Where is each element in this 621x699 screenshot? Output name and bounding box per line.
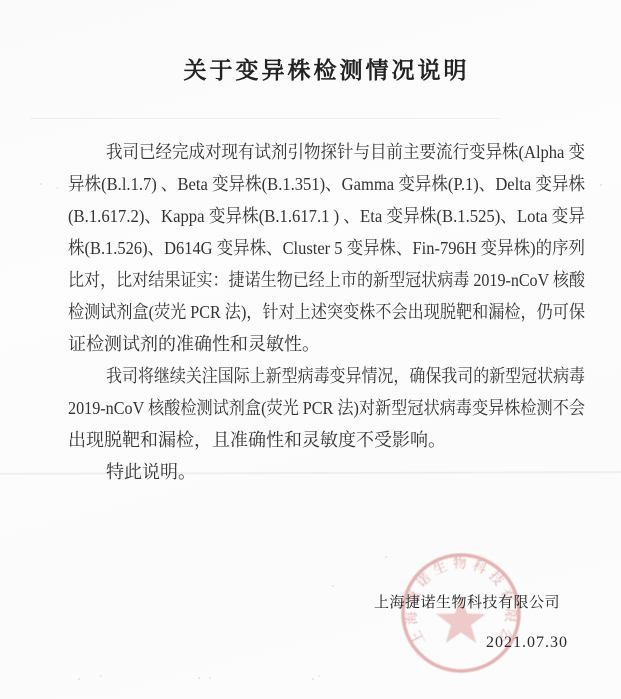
body-line: 异株(B.l.1.7) 、Beta 变异株(B.1.351)、Gamma 变异株…: [68, 168, 585, 200]
company-seal-stamp: 上海捷诺生物科技有限公司: [391, 543, 531, 683]
document-body: 我司已经完成对现有试剂引物探针与目前主要流行变异株(Alpha 变 异株(B.l…: [68, 136, 585, 488]
body-line: 检测试剂盒(荧光 PCR 法)，针对上述突变株不会出现脱靶和漏检，仍可保: [68, 296, 585, 328]
scan-artifact-line: [30, 118, 500, 119]
scanned-document-page: 关于变异株检测情况说明 我司已经完成对现有试剂引物探针与目前主要流行变异株(Al…: [0, 0, 621, 699]
body-line: 证检测试剂的准确性和灵敏性。: [68, 328, 585, 360]
body-line: 株(B.1.526)、D614G 变异株、Cluster 5 变异株、Fin-7…: [68, 232, 585, 264]
scan-noise-specks: [0, 0, 2, 2]
body-line: 我司将继续关注国际上新型病毒变异情况，确保我司的新型冠状病毒: [68, 360, 585, 392]
body-line: 2019-nCoV 核酸检测试剂盒(荧光 PCR 法)对新型冠状病毒变异株检测不…: [68, 392, 585, 424]
signature-company-name: 上海捷诺生物科技有限公司: [374, 591, 560, 612]
body-line-closing: 特此说明。: [68, 456, 585, 488]
body-line: 比对，比对结果证实：捷诺生物已经上市的新型冠状病毒 2019-nCoV 核酸: [68, 264, 585, 296]
body-line: (B.1.617.2)、Kappa 变异株(B.1.617.1 ) 、Eta 变…: [68, 200, 585, 232]
body-line: 出现脱靶和漏检，且准确性和灵敏度不受影响。: [68, 424, 585, 456]
document-title: 关于变异株检测情况说明: [68, 52, 585, 85]
signature-date: 2021.07.30: [486, 634, 568, 652]
body-line: 我司已经完成对现有试剂引物探针与目前主要流行变异株(Alpha 变: [68, 136, 585, 168]
